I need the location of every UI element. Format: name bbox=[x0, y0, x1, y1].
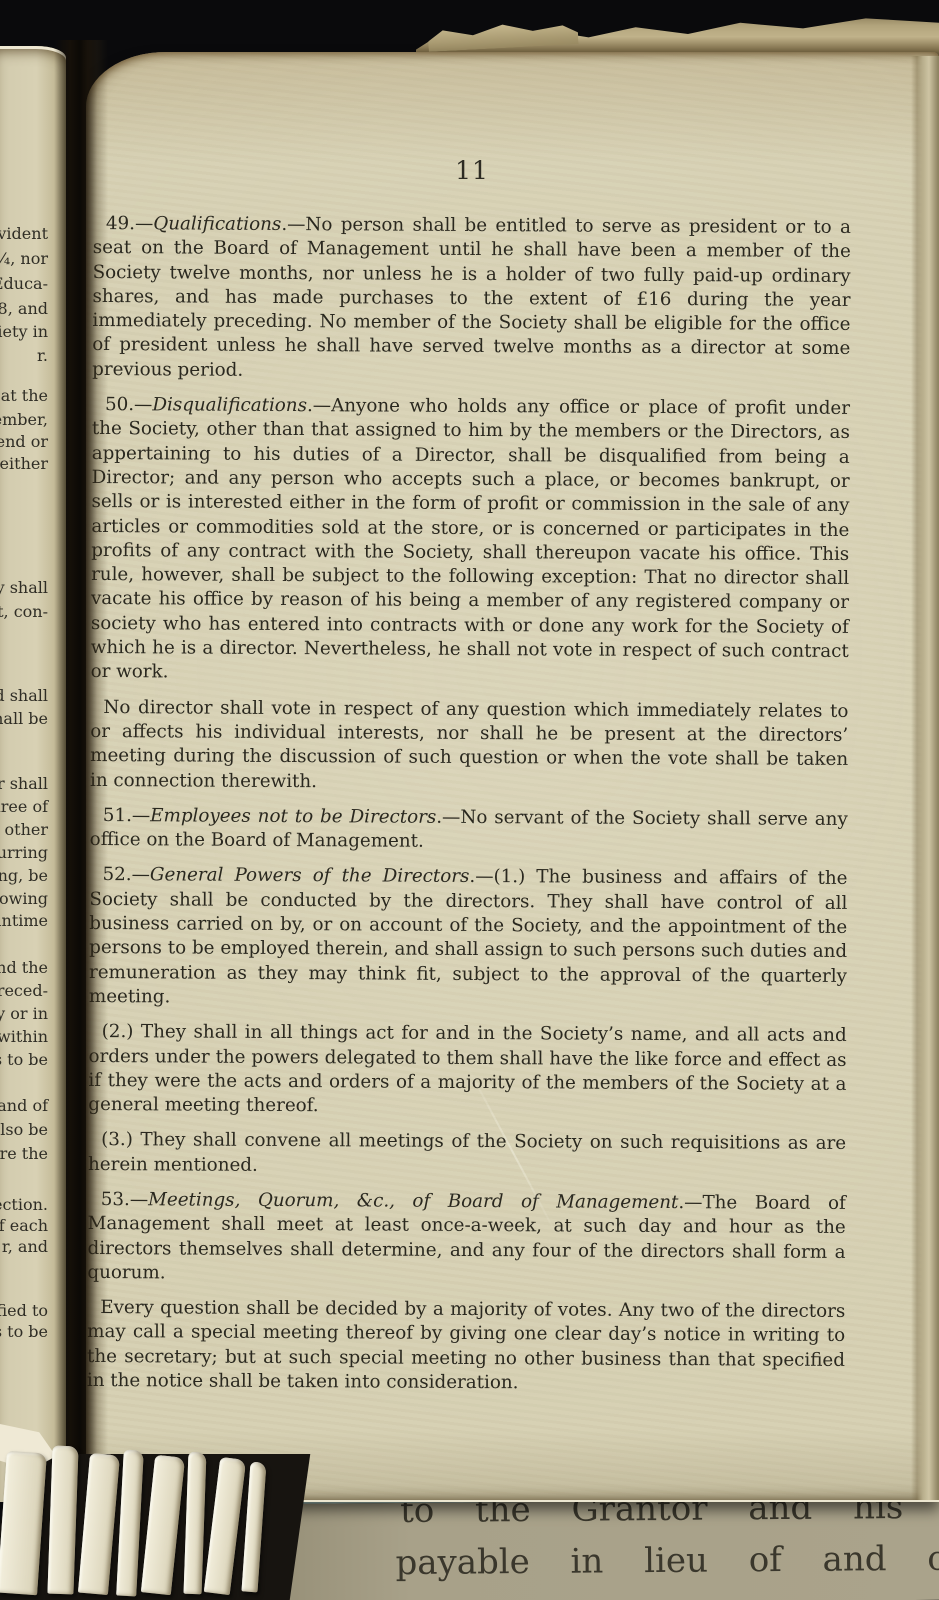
margin-text-fragment: and of bbox=[0, 1096, 48, 1116]
rule-52-clause-3: (3.) They shall convene all meetings of … bbox=[88, 1128, 846, 1181]
page-block-fore-edge bbox=[911, 56, 939, 1500]
margin-text-fragment: s to be bbox=[0, 1322, 48, 1342]
page-edge-strip bbox=[47, 1446, 78, 1595]
margin-text-fragment: ection. bbox=[0, 1195, 48, 1215]
underlying-page-text-line: payable in lieu of and commutation bbox=[395, 1537, 939, 1583]
book-page: 11 49.—Qualifications.—No person shall b… bbox=[86, 52, 939, 1502]
margin-text-fragment: lso be bbox=[0, 1120, 48, 1140]
margin-text-fragment: r, and bbox=[2, 1237, 48, 1257]
stacked-page-edges bbox=[0, 1440, 315, 1600]
facing-page-text-fragments: rovident 1¼, nor Educa- 78, and ciety in… bbox=[0, 0, 52, 1500]
margin-text-fragment: nt, con- bbox=[0, 602, 48, 622]
margin-text-fragment: y or in bbox=[0, 1004, 48, 1024]
margin-text-fragment: curring bbox=[0, 843, 48, 863]
margin-text-fragment: 78, and bbox=[0, 299, 48, 319]
margin-text-fragment: hree of bbox=[0, 797, 48, 817]
margin-text-fragment: ciety in bbox=[0, 322, 48, 342]
rule-50-disqualifications: 50.—Disqualifications.—Anyone who holds … bbox=[91, 393, 851, 689]
margin-text-fragment: fied to bbox=[0, 1301, 48, 1321]
margin-text-fragment: r. bbox=[37, 346, 48, 366]
margin-text-fragment: ety shall bbox=[0, 578, 48, 598]
rule-52-clause-2: (2.) They shall in all things act for an… bbox=[88, 1020, 846, 1121]
rule-51-employees: 51.—Employees not to be Directors.—No se… bbox=[90, 804, 848, 857]
page-text: 49.—Qualifications.—No person shall be e… bbox=[87, 212, 851, 1408]
margin-text-fragment: s at the bbox=[0, 386, 48, 406]
rule-53-meetings-quorum: 53.—Meetings, Quorum, &c., of Board of M… bbox=[87, 1188, 845, 1289]
margin-text-fragment: rd shall bbox=[0, 686, 48, 706]
margin-text-fragment: ecember, bbox=[0, 410, 48, 430]
margin-text-fragment: nd the bbox=[0, 958, 48, 978]
margin-text-fragment: f each bbox=[0, 1216, 48, 1236]
margin-text-fragment: within bbox=[0, 1027, 48, 1047]
rule-50-continuation: No director shall vote in respect of any… bbox=[90, 696, 848, 797]
margin-text-fragment: e other bbox=[0, 820, 48, 840]
book-scan: to the Grantor and his heirs for ever pa… bbox=[0, 0, 939, 1600]
margin-text-fragment: shall be bbox=[0, 709, 48, 729]
margin-text-fragment: ing, be bbox=[0, 866, 48, 886]
margin-text-fragment: preced- bbox=[0, 981, 48, 1001]
margin-text-fragment: eantime bbox=[0, 911, 48, 931]
margin-text-fragment: dend or bbox=[0, 432, 48, 452]
margin-text-fragment: ore the bbox=[0, 1144, 48, 1164]
rule-49-qualifications: 49.—Qualifications.—No person shall be e… bbox=[92, 212, 851, 386]
margin-text-fragment: rovident bbox=[0, 224, 48, 244]
margin-text-fragment: llowing bbox=[0, 889, 48, 909]
margin-text-fragment: r shall bbox=[0, 774, 48, 794]
margin-text-fragment: s to be bbox=[0, 1050, 48, 1070]
page-number: 11 bbox=[86, 156, 858, 185]
margin-text-fragment: neither bbox=[0, 454, 48, 474]
rule-52-general-powers: 52.—General Powers of the Directors.—(1.… bbox=[89, 863, 848, 1013]
margin-text-fragment: Educa- bbox=[0, 274, 48, 294]
margin-text-fragment: 1¼, nor bbox=[0, 249, 48, 269]
rule-53-continuation: Every question shall be decided by a maj… bbox=[87, 1296, 845, 1397]
